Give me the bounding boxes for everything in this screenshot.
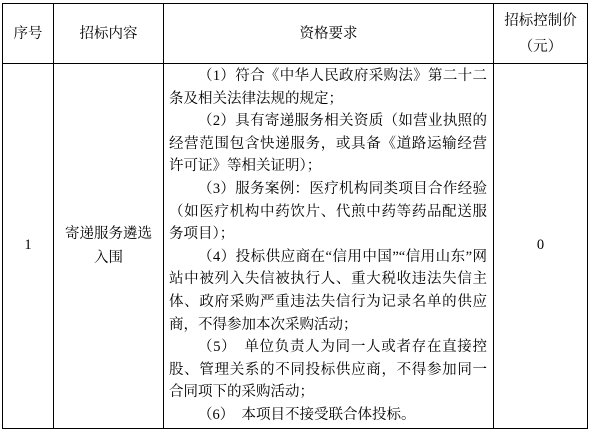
cell-bid-control-price: 0 (494, 64, 588, 429)
qualification-item-1: （1）符合《中华人民政府采购法》第二十二条及相关法律法规的规定； (169, 65, 487, 110)
qualification-item-3: （3）服务案例：医疗机构同类项目合作经验（如医疗机构中药饮片、代煎中药等药品配送… (169, 178, 487, 246)
header-bid-control-price: 招标控制价 （元） (494, 4, 588, 64)
header-bid-control-price-line2: （元） (494, 34, 587, 60)
cell-serial-number: 1 (3, 64, 54, 429)
bid-content-line2: 入围 (54, 246, 163, 270)
qualification-item-2: （2）具有寄递服务相关资质（如营业执照的经营范围包含快递服务，或具备《道路运输经… (169, 110, 487, 178)
header-bid-control-price-line1: 招标控制价 (494, 8, 587, 34)
cell-bid-content: 寄递服务遴选 入围 (54, 64, 164, 429)
bid-content-line1: 寄递服务遴选 (54, 222, 163, 246)
header-bid-content: 招标内容 (54, 4, 164, 64)
header-serial-number: 序号 (3, 4, 54, 64)
qualification-item-6: （6） 本项目不接受联合体投标。 (169, 404, 487, 427)
header-qualification-requirements: 资格要求 (164, 4, 494, 64)
table-row: 1 寄递服务遴选 入围 （1）符合《中华人民政府采购法》第二十二条及相关法律法规… (3, 64, 588, 429)
qualification-item-5: （5） 单位负责人为同一人或者存在直接控股、管理关系的不同投标供应商，不得参加同… (169, 336, 487, 404)
procurement-document-page: 序号 招标内容 资格要求 招标控制价 （元） 1 寄递服务遴选 入围 （1）符合… (0, 0, 590, 429)
cell-qualification-requirements: （1）符合《中华人民政府采购法》第二十二条及相关法律法规的规定； （2）具有寄递… (164, 64, 494, 429)
qualification-item-4: （4）投标供应商在“信用中国”“信用山东”网站中被列入失信被执行人、重大税收违法… (169, 246, 487, 336)
table-header-row: 序号 招标内容 资格要求 招标控制价 （元） (3, 4, 588, 64)
bid-info-table: 序号 招标内容 资格要求 招标控制价 （元） 1 寄递服务遴选 入围 （1）符合… (2, 3, 588, 429)
